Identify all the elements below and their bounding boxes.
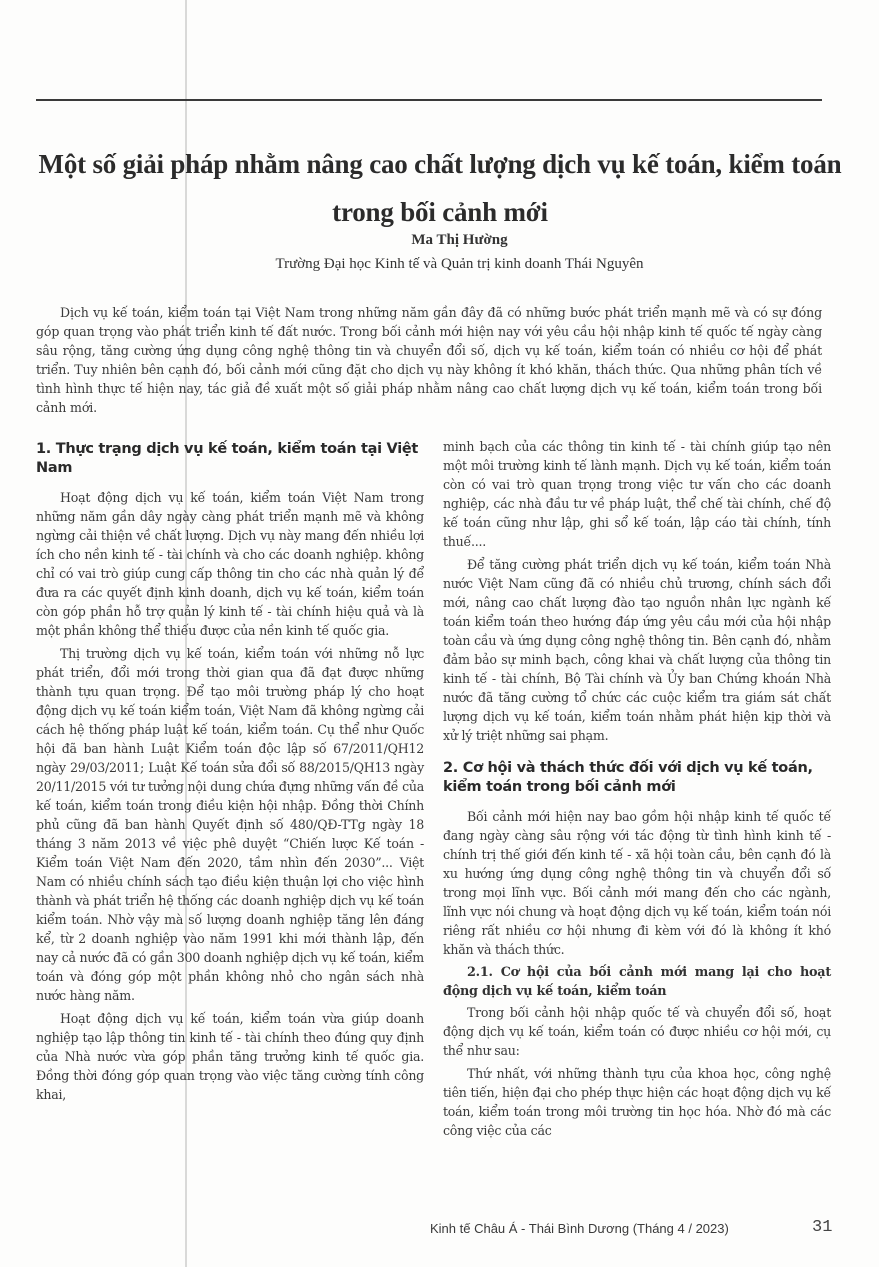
right-column: minh bạch của các thông tin kinh tế - tà… — [443, 437, 831, 1144]
paragraph: Thứ nhất, với những thành tựu của khoa h… — [443, 1064, 831, 1140]
paragraph-continuation: minh bạch của các thông tin kinh tế - tà… — [443, 437, 831, 551]
author-affiliation: Trường Đại học Kinh tế và Quản trị kinh … — [0, 256, 879, 273]
left-column: 1. Thực trạng dịch vụ kế toán, kiểm toán… — [36, 440, 424, 1108]
article-title: Một số giải pháp nhằm nâng cao chất lượn… — [30, 140, 850, 236]
header-rule — [36, 99, 822, 101]
author-name: Ma Thị Hường — [0, 232, 879, 249]
paragraph: Bối cảnh mới hiện nay bao gồm hội nhập k… — [443, 807, 831, 959]
section-2-heading: 2. Cơ hội và thách thức đối với dịch vụ … — [443, 759, 831, 797]
paragraph: Hoạt động dịch vụ kế toán, kiểm toán vừa… — [36, 1009, 424, 1104]
paragraph: Hoạt động dịch vụ kế toán, kiểm toán Việ… — [36, 488, 424, 640]
abstract: Dịch vụ kế toán, kiểm toán tại Việt Nam … — [36, 303, 822, 417]
paragraph: Để tăng cường phát triển dịch vụ kế toán… — [443, 555, 831, 745]
paragraph: Thị trường dịch vụ kế toán, kiểm toán vớ… — [36, 644, 424, 1005]
subsection-2-1-heading: 2.1. Cơ hội của bối cảnh mới mang lại ch… — [443, 963, 831, 1001]
page-number: 31 — [812, 1218, 832, 1237]
section-1-heading: 1. Thực trạng dịch vụ kế toán, kiểm toán… — [36, 440, 424, 478]
journal-footer: Kinh tế Châu Á - Thái Bình Dương (Tháng … — [430, 1221, 729, 1236]
paragraph: Trong bối cảnh hội nhập quốc tế và chuyể… — [443, 1003, 831, 1060]
